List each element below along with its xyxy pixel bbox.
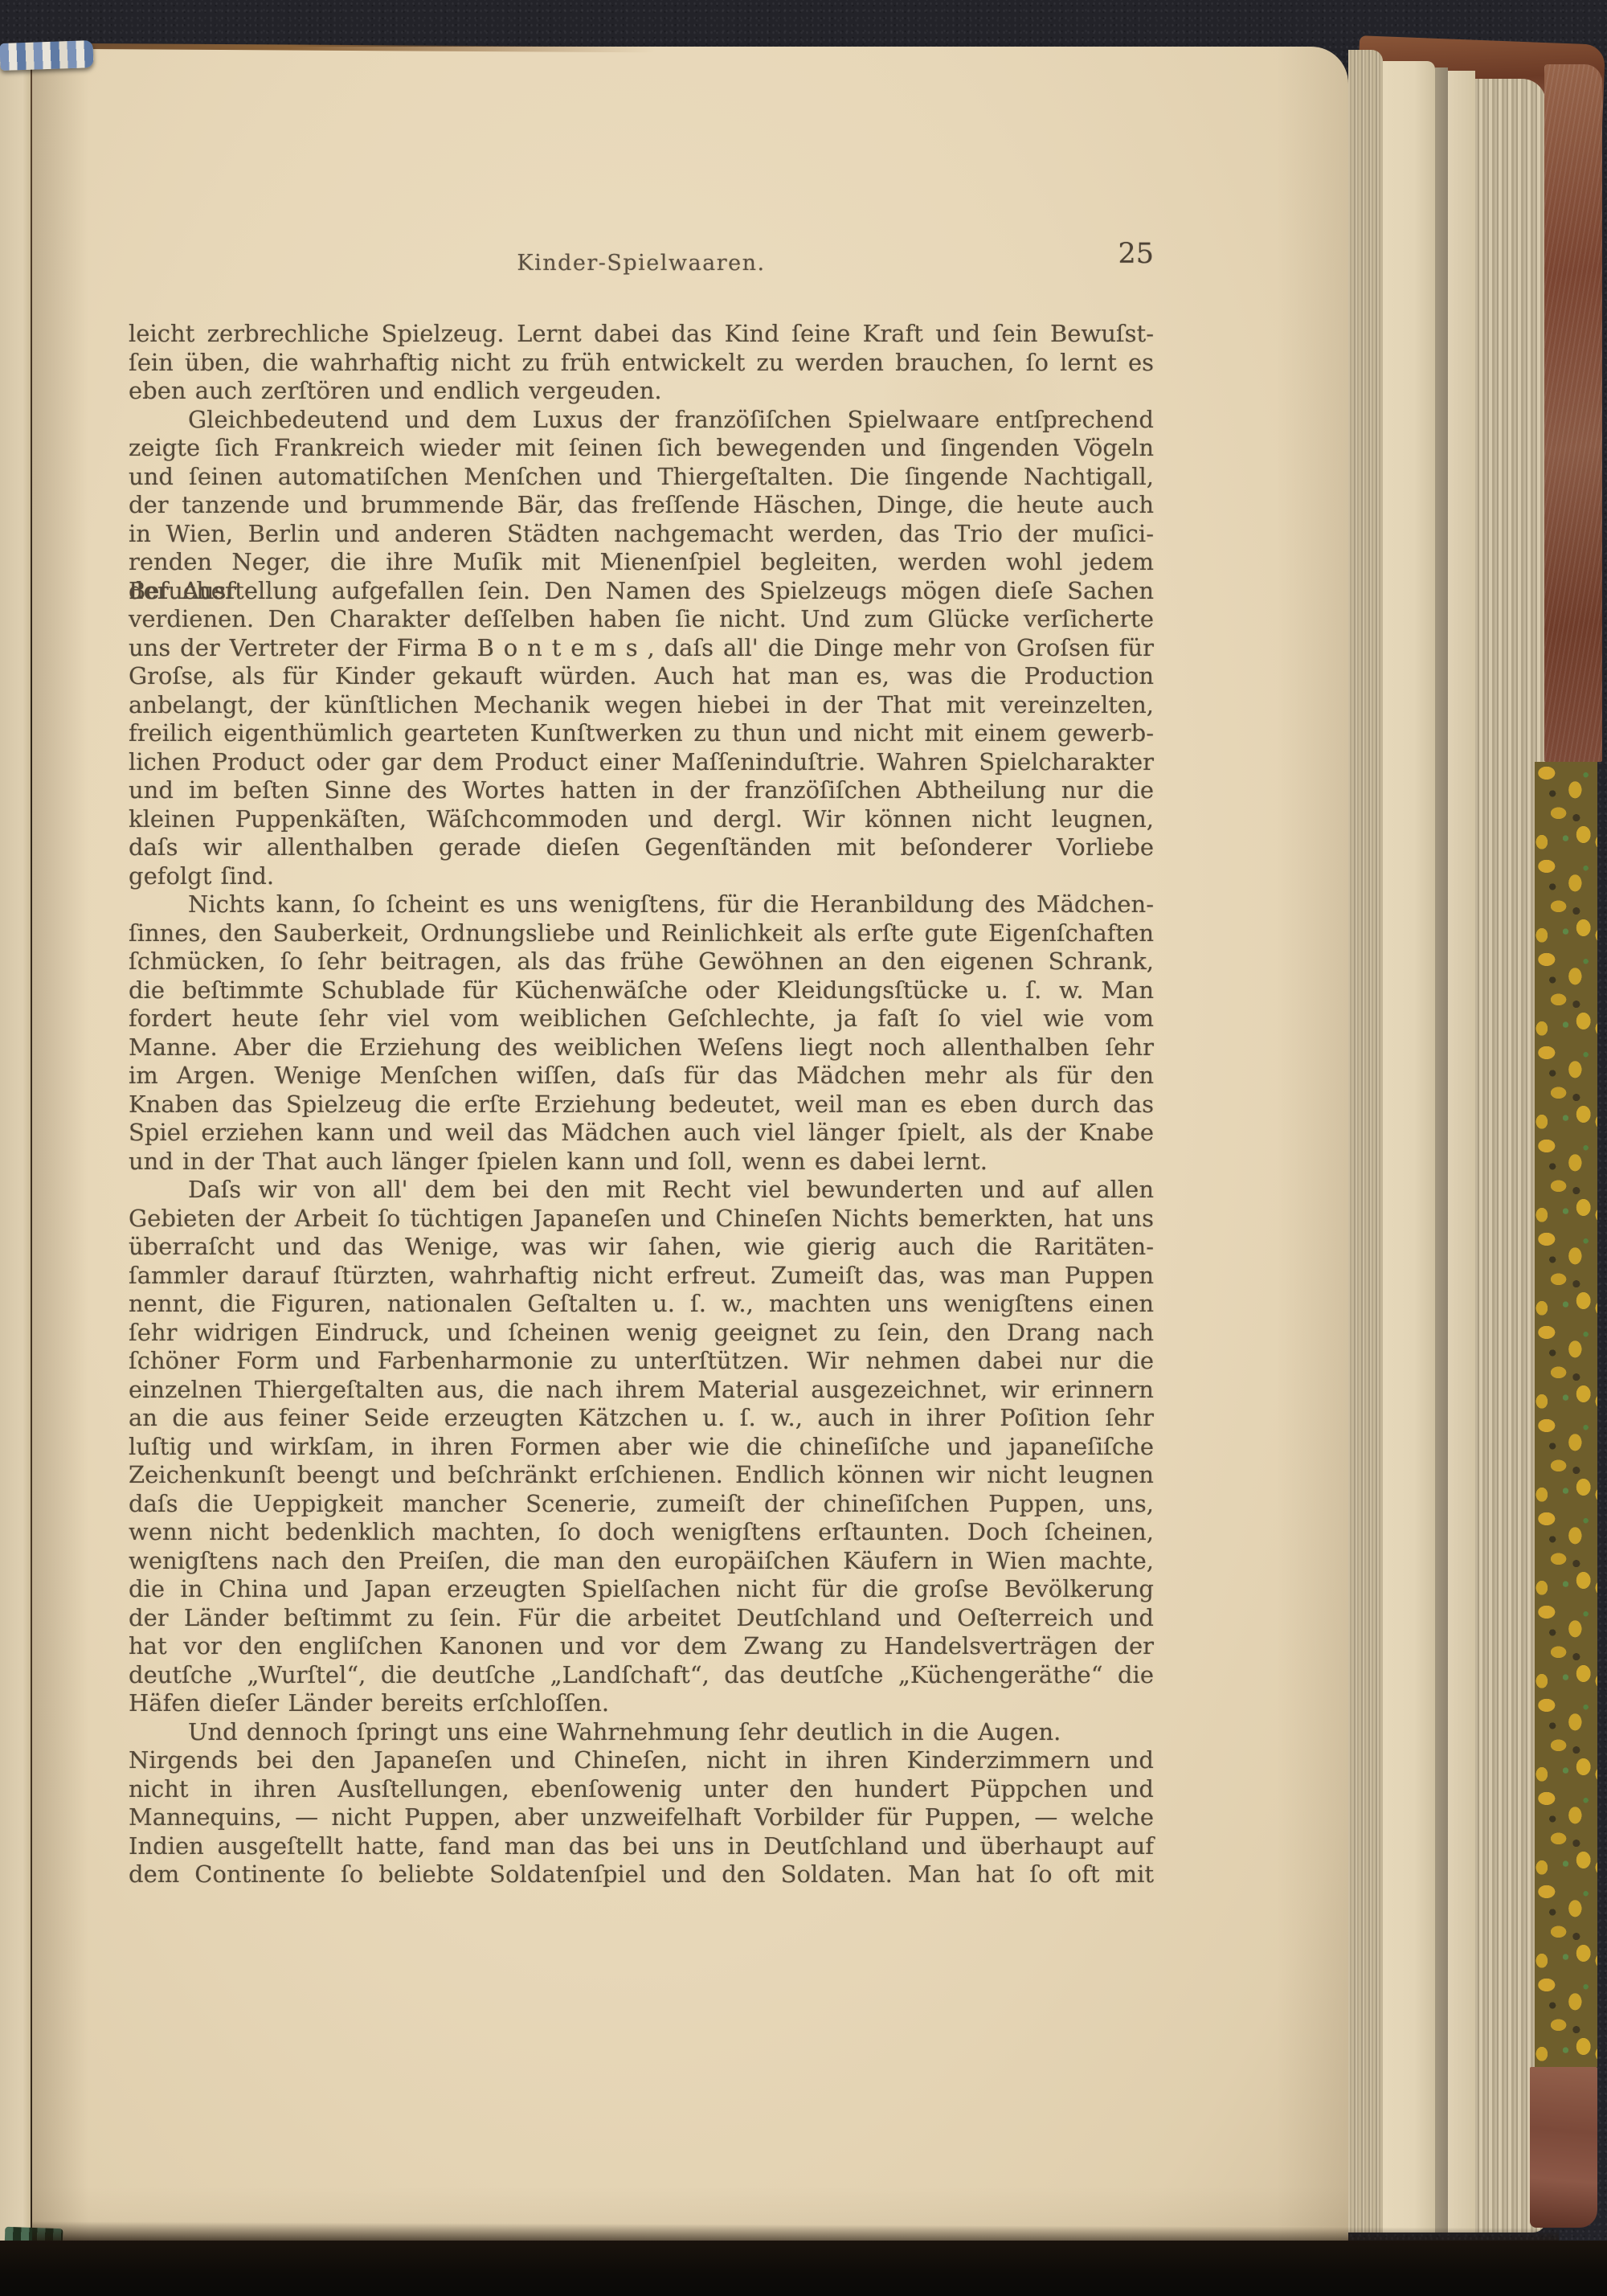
text-line: Nichts kann, ſo ſcheint es uns wenigſten… [129, 890, 1154, 919]
text-line: Spiel erziehen kann und weil das Mädchen… [129, 1119, 1154, 1148]
text-line: daſs wir allenthalben gerade dieſen Gege… [129, 833, 1154, 862]
text-line: deutſche „Wurſtel“, die deutſche „Landſc… [129, 1661, 1154, 1690]
text-line: hat vor den engliſchen Kanonen und vor d… [129, 1632, 1154, 1661]
left-page-sliver [0, 51, 32, 2245]
text-line: ſchmücken, ſo ſehr beitragen, als das fr… [129, 947, 1154, 976]
bottom-shadow [0, 2241, 1607, 2296]
text-line: luſtig und wirkſam, in ihren Formen aber… [129, 1433, 1154, 1462]
text-line: und in der That auch länger ſpielen kann… [129, 1148, 1154, 1177]
text-line: daſs die Ueppigkeit mancher Scenerie, zu… [129, 1490, 1154, 1519]
text-line: ſammler darauf ſtürzten, wahrhaftig nich… [129, 1262, 1154, 1291]
text-line: zeigte ſich Frankreich wieder mit ſeinen… [129, 434, 1154, 463]
text-line: kleinen Puppenkäſten, Wäſchcommoden und … [129, 805, 1154, 834]
text-line: der tanzende und brummende Bär, das freſ… [129, 491, 1154, 520]
text-line: die beſtimmte Schublade für Küchenwäſche… [129, 976, 1154, 1005]
text-line: fordert heute ſehr viel vom weiblichen G… [129, 1005, 1154, 1033]
binding-marbled-paper [1535, 762, 1597, 2067]
text-line: und ſeinen automatiſchen Menſchen und Th… [129, 463, 1154, 492]
text-line: dem Continente ſo beliebte Soldatenſpiel… [129, 1860, 1154, 1889]
text-line: verdienen. Den Charakter deſſelben haben… [129, 605, 1154, 634]
text-line: der Ausſtellung aufgefallen ſein. Den Na… [129, 577, 1154, 606]
text-line: eben auch zerſtören und endlich vergeude… [129, 377, 1154, 406]
text-line: Häfen dieſer Länder bereits erſchloſſen. [129, 1689, 1154, 1718]
text-line: Indien ausgeſtellt hatte, fand man das b… [129, 1832, 1154, 1861]
text-line: Manne. Aber die Erziehung des weiblichen… [129, 1033, 1154, 1062]
text-line: lichen Product oder gar dem Product eine… [129, 748, 1154, 777]
text-line: ſinnes, den Sauberkeit, Ordnungsliebe un… [129, 919, 1154, 948]
text-line: ſein üben, die wahrhaftig nicht zu früh … [129, 349, 1154, 378]
text-line: anbelangt, der künſtlichen Mechanik wege… [129, 691, 1154, 720]
text-line: ſchöner Form und Farbenharmonie zu unter… [129, 1347, 1154, 1376]
page-edges-strip [1448, 71, 1475, 2233]
text-line: freilich eigenthümlich gearteten Kunſtwe… [129, 719, 1154, 748]
text-line: uns der Vertreter der Firma B o n t e m … [129, 634, 1154, 663]
text-line: renden Neger, die ihre Muſik mit Mienenſ… [129, 548, 1154, 577]
page-number: 25 [129, 238, 1154, 275]
book-photo: { "page": { "running_head": "Kinder-Spie… [0, 0, 1607, 2296]
text-line: nennt, die Figuren, nationalen Geſtalten… [129, 1290, 1154, 1319]
text-line: Gleichbedeutend und dem Luxus der franzö… [129, 406, 1154, 435]
text-line: Zeichenkunſt beengt und beſchränkt erſch… [129, 1461, 1154, 1490]
page-edges-strip [1348, 50, 1383, 2233]
text-line: wenn nicht bedenklich machten, ſo doch w… [129, 1518, 1154, 1547]
text-line: Daſs wir von all' dem bei den mit Recht … [129, 1176, 1154, 1205]
text-line: leicht zerbrechliche Spielzeug. Lernt da… [129, 320, 1154, 349]
page-edges-strip [1383, 61, 1435, 2233]
text-line: ſehr widrigen Eindruck, und ſcheinen wen… [129, 1319, 1154, 1348]
binding-leather-top [1544, 64, 1602, 762]
text-line: Groſse, als für Kinder gekauft würden. A… [129, 662, 1154, 691]
text-line: einzelnen Thiergeſtalten aus, die nach i… [129, 1376, 1154, 1405]
text-line: der Länder beſtimmt zu ſein. Für die arb… [129, 1604, 1154, 1633]
text-line: in Wien, Berlin und anderen Städten nach… [129, 520, 1154, 549]
text-line: überraſcht und das Wenige, was wir ſahen… [129, 1233, 1154, 1262]
page-edges-strip [1435, 68, 1448, 2233]
body-text: leicht zerbrechliche Spielzeug. Lernt da… [129, 320, 1154, 1889]
text-line: und im beſten Sinne des Wortes hatten in… [129, 776, 1154, 805]
text-line: die in China und Japan erzeugten Spielſa… [129, 1575, 1154, 1604]
binding-edge [1544, 64, 1602, 2228]
binding-leather-bottom [1530, 2067, 1597, 2228]
text-line: Mannequins, — nicht Puppen, aber unzweif… [129, 1803, 1154, 1832]
headband-top [0, 40, 94, 71]
text-line: wenigſtens nach den Preiſen, die man den… [129, 1547, 1154, 1576]
text-line: Gebieten der Arbeit ſo tüchtigen Japaneſ… [129, 1205, 1154, 1234]
text-line: Und dennoch ſpringt uns eine Wahrnehmung… [129, 1718, 1154, 1747]
text-line: Nirgends bei den Japaneſen und Chineſen,… [129, 1746, 1154, 1775]
text-line: im Argen. Wenige Menſchen wiſſen, daſs f… [129, 1062, 1154, 1091]
text-line: an die aus feiner Seide erzeugten Kätzch… [129, 1404, 1154, 1433]
text-line: Knaben das Spielzeug die erſte Erziehung… [129, 1091, 1154, 1119]
text-line: nicht in ihren Ausſtellungen, ebenſoweni… [129, 1775, 1154, 1804]
text-line: gefolgt ſind. [129, 862, 1154, 891]
